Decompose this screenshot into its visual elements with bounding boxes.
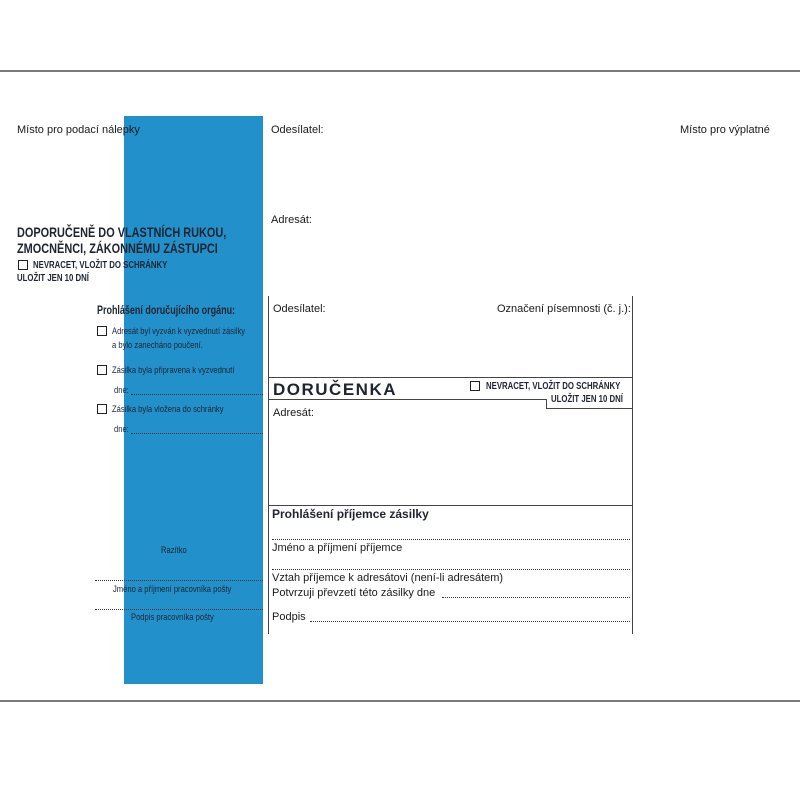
postal-worker-name-label: Jméno a příjmení pracovníka pošty xyxy=(113,584,231,595)
receipt-title: DORUČENKA xyxy=(273,380,397,400)
recipient-declaration-title: Prohlášení příjemce zásilky xyxy=(272,507,429,521)
envelope-bottom-edge xyxy=(0,700,800,702)
confirm-date-field[interactable] xyxy=(442,597,630,598)
mailbox-date-field[interactable] xyxy=(131,433,263,434)
envelope-sender-label[interactable]: Odesílatel: xyxy=(271,124,324,136)
envelope-addressee-label[interactable]: Adresát: xyxy=(271,214,312,226)
confirm-date-label: Potvrzuji převzetí této zásilky dne xyxy=(272,587,435,599)
option-checkbox-prepared[interactable] xyxy=(97,365,107,375)
receipt-no-return-checkbox[interactable] xyxy=(470,381,480,391)
envelope-top-edge xyxy=(0,70,800,72)
option-checkbox-notified[interactable] xyxy=(97,326,107,336)
postage-area-label: Místo pro výplatné xyxy=(680,124,770,136)
receipt-left-border xyxy=(268,296,269,634)
postal-worker-signature-field[interactable] xyxy=(95,609,263,610)
no-return-label: NEVRACET, VLOŽIT DO SCHRÁNKY xyxy=(33,260,167,271)
receipt-divider-title-right xyxy=(546,408,632,409)
stamp-label: Razítko xyxy=(161,545,187,556)
postal-worker-name-field[interactable] xyxy=(95,580,263,581)
receipt-divider-declaration xyxy=(268,505,632,506)
receipt-divider-title-left xyxy=(268,399,546,400)
option-notified-line1: Adresát byl vyzván k vyzvednutí zásilky xyxy=(112,326,245,337)
declaration-title: Prohlášení doručujícího orgánu: xyxy=(97,305,235,317)
store-days-label: ULOŽIT JEN 10 DNÍ xyxy=(17,273,89,284)
receipt-no-return-label: NEVRACET, VLOŽIT DO SCHRÁNKY xyxy=(486,381,620,392)
signature-field[interactable] xyxy=(310,621,630,622)
option-prepared-line1: Zásilka byla připravena k vyzvednutí xyxy=(112,365,235,376)
blue-stripe xyxy=(124,116,263,684)
receipt-store-days-label: ULOŽIT JEN 10 DNÍ xyxy=(551,394,623,405)
prepared-date-field[interactable] xyxy=(131,394,263,395)
receipt-right-border xyxy=(632,296,633,634)
postal-worker-signature-label: Podpis pracovníka pošty xyxy=(131,612,214,623)
delivery-type-heading-2: ZMOCNĚNCI, ZÁKONNÉMU ZÁSTUPCI xyxy=(17,240,218,256)
option-checkbox-mailbox[interactable] xyxy=(97,404,107,414)
reference-number-label[interactable]: Označení písemnosti (č. j.): xyxy=(497,303,631,315)
relation-label: Vztah příjemce k adresátovi (není-li adr… xyxy=(272,572,503,584)
receipt-addressee-label[interactable]: Adresát: xyxy=(273,407,314,419)
signature-label: Podpis xyxy=(272,611,306,623)
delivery-type-heading-1: DOPORUČENĚ DO VLASTNÍCH RUKOU, xyxy=(17,224,226,240)
option-prepared-date-label: dne: xyxy=(114,385,129,396)
recipient-name-label: Jméno a příjmení příjemce xyxy=(272,542,402,554)
stamp-area-label: Místo pro podací nálepky xyxy=(17,124,140,136)
option-notified-line2: a bylo zanecháno poučení. xyxy=(112,340,203,351)
recipient-name-field[interactable] xyxy=(272,539,630,540)
option-mailbox-date-label: dne: xyxy=(114,424,129,435)
option-mailbox-line1: Zásilka byla vložena do schránky xyxy=(112,404,224,415)
no-return-checkbox[interactable] xyxy=(18,260,28,270)
relation-field[interactable] xyxy=(272,569,630,570)
receipt-sender-label[interactable]: Odesílatel: xyxy=(273,303,326,315)
receipt-divider-top xyxy=(268,377,632,378)
